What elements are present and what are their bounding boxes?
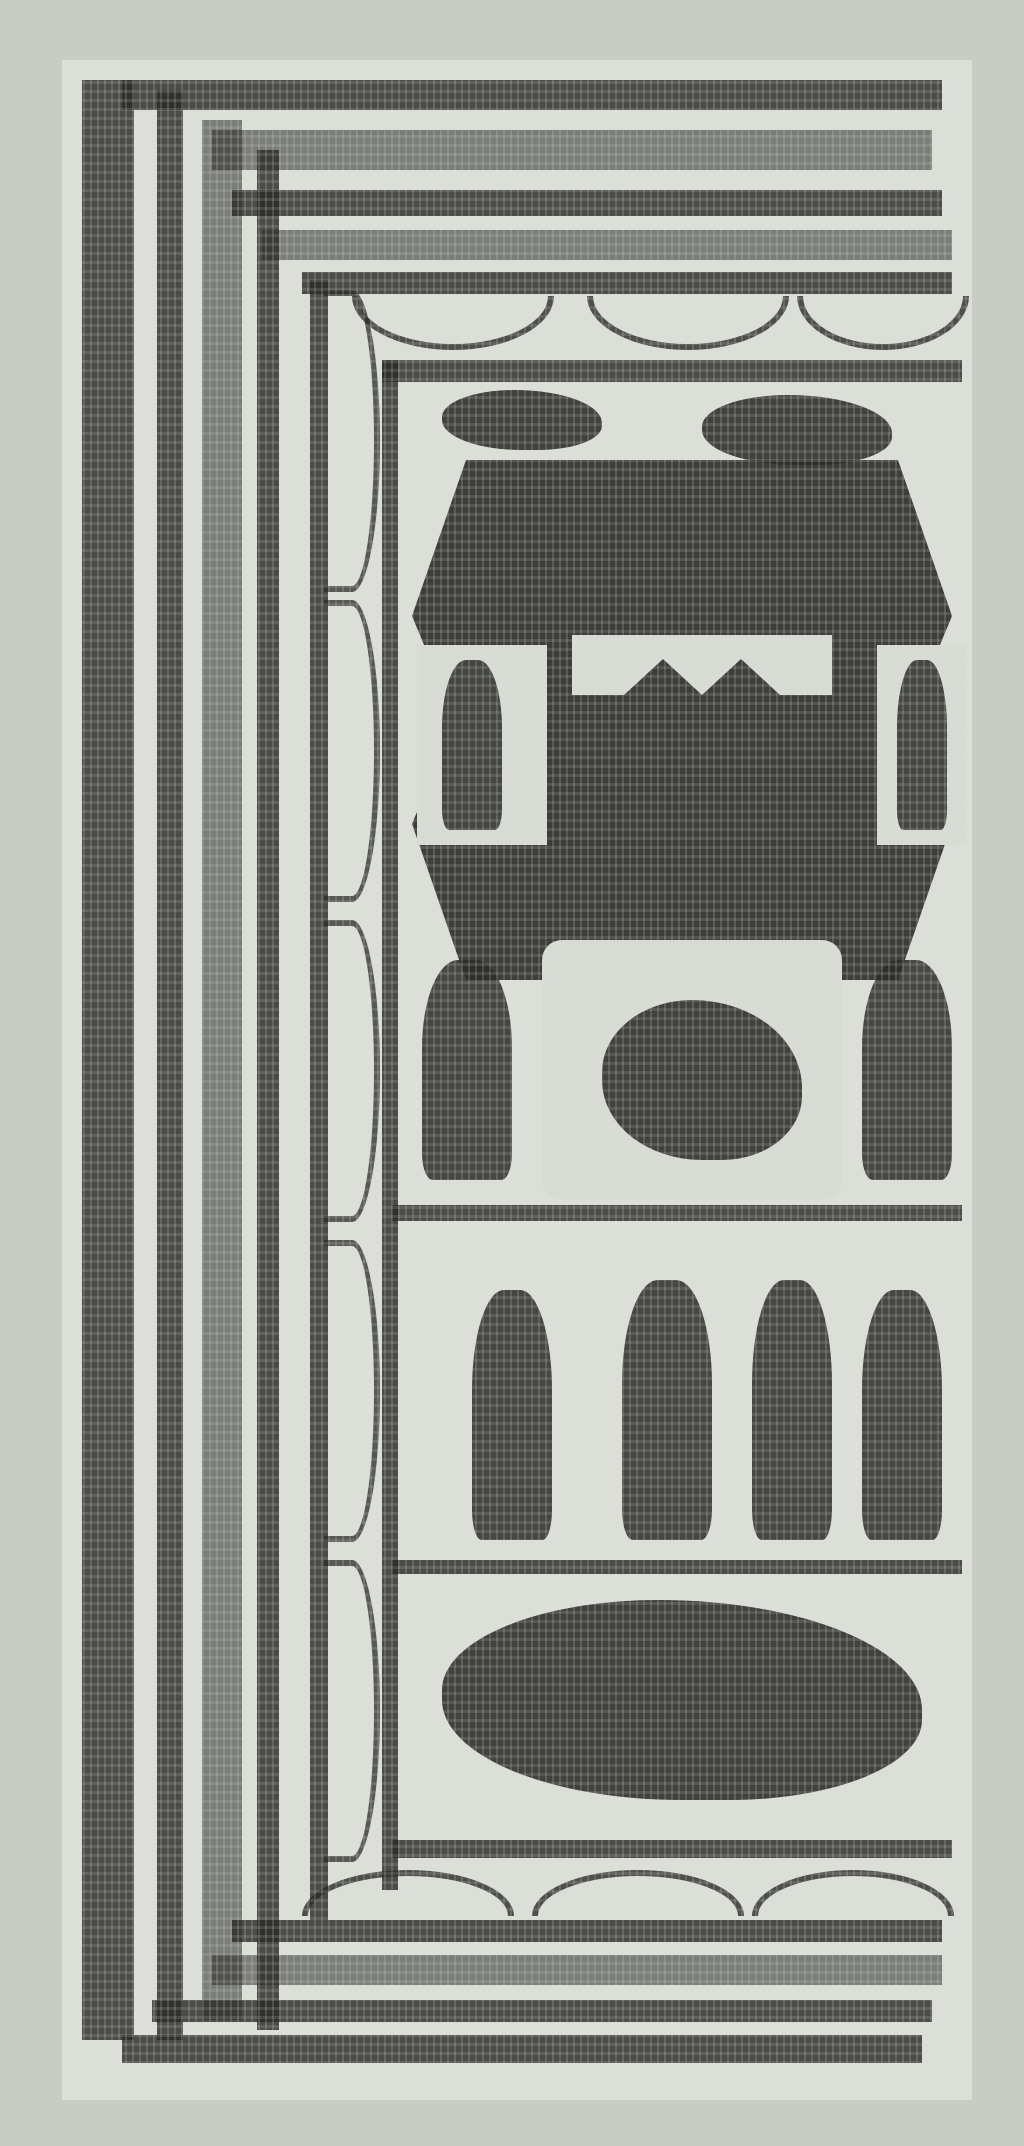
top-band-2 [212,130,932,170]
bottom-scallop-3 [752,1870,954,1916]
reclining-animal [442,1600,922,1800]
bottom-band-3 [152,2000,932,2022]
panel-frame-bottom [392,1840,952,1858]
top-scallop-3 [797,296,969,350]
image-caption: Vertical ink rubbing of a carved stone s… [0,0,1,1]
rubbing-paper [62,60,972,2100]
horse-panel-figure-left [422,960,512,1180]
left-scallop-2 [324,600,380,902]
left-border-band-outer [82,80,134,2040]
flank-figure-left [442,660,502,830]
top-band-4 [262,230,952,260]
star-figures-niche [572,635,832,695]
horse-panel-divider [392,1205,962,1221]
standing-figure-1 [472,1290,552,1540]
figures-panel-divider [392,1560,962,1574]
left-scallop-3 [324,920,380,1222]
left-border-band-4 [257,150,279,2030]
bottom-band-4 [122,2035,922,2063]
left-scallop-1 [324,290,380,592]
panel-frame-left [382,360,398,1890]
left-border-band-3 [202,120,242,2020]
top-band-3 [232,190,942,216]
top-band-1 [122,80,942,110]
panel-frame-top [382,360,962,382]
bottom-band-1 [232,1920,942,1942]
flank-figure-right [897,660,947,830]
standing-figure-2 [622,1280,712,1540]
bottom-scallop-2 [532,1870,744,1916]
bottom-band-2 [212,1955,942,1985]
top-scallop-1 [352,296,554,350]
horse-panel-figure-right [862,960,952,1180]
left-scallop-5 [324,1560,380,1862]
bird-left [442,390,602,450]
left-scallop-4 [324,1240,380,1542]
standing-figure-4 [862,1290,942,1540]
top-scallop-2 [587,296,789,350]
standing-figure-3 [752,1280,832,1540]
bottom-scallop-1 [302,1870,514,1916]
top-band-5 [302,272,952,294]
left-border-band-2 [157,90,183,2040]
bird-right [702,395,892,465]
